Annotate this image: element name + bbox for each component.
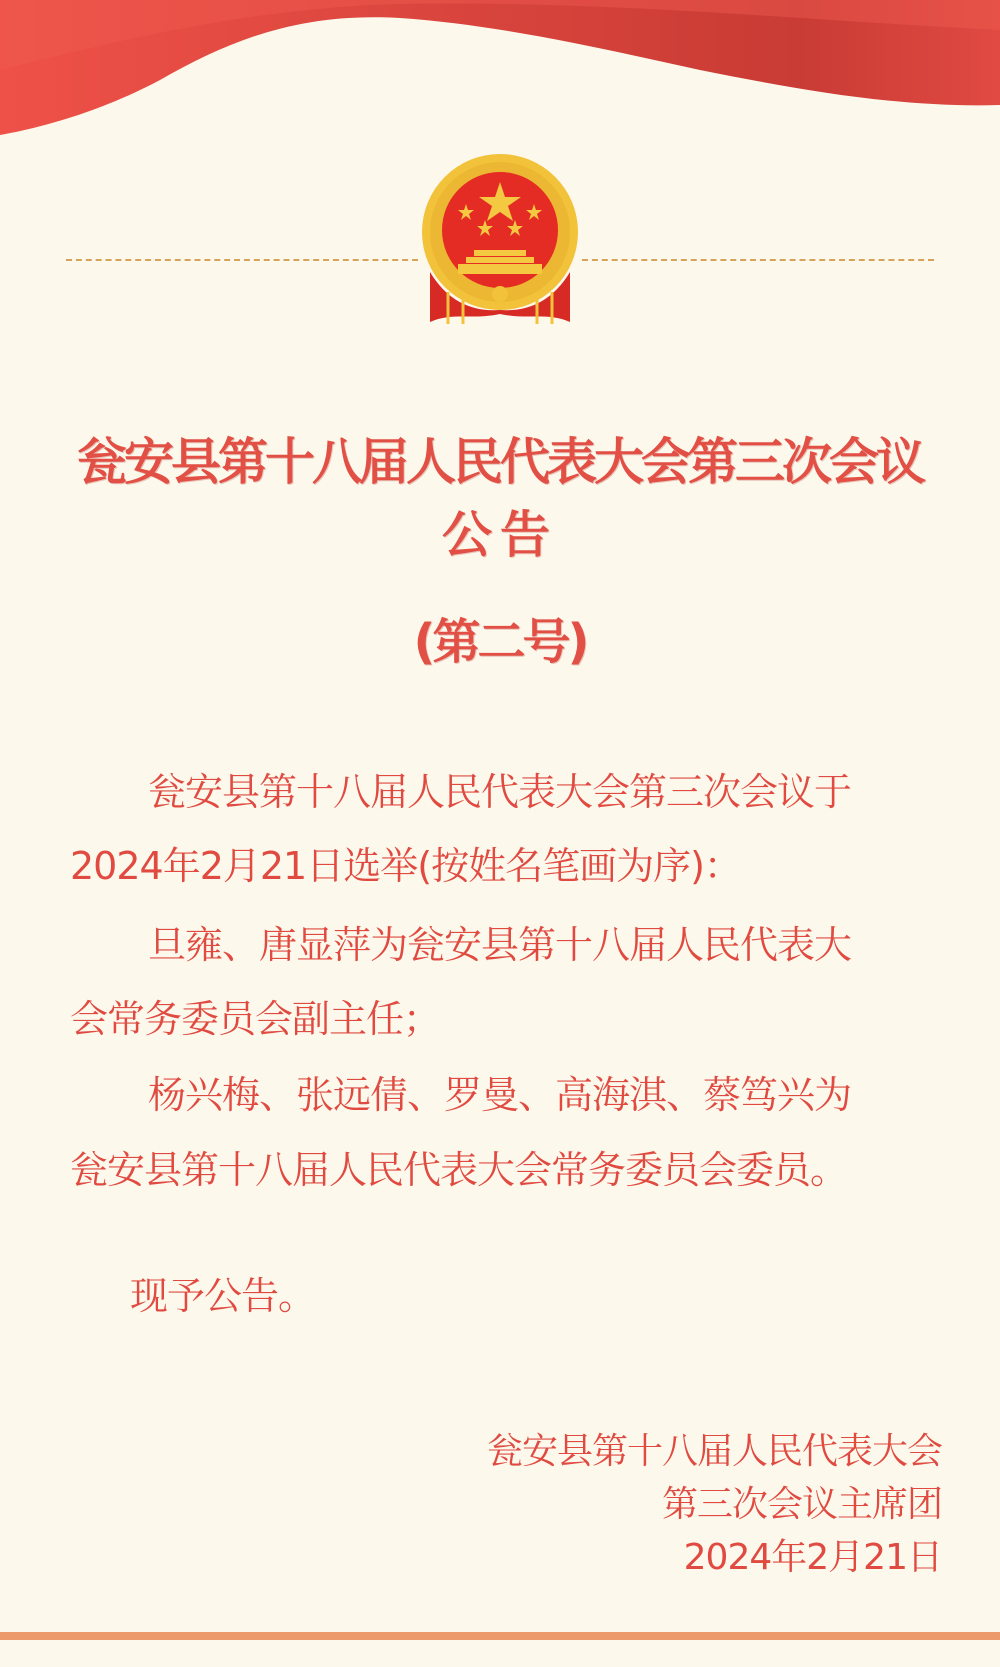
paragraph-1-line-1: 瓮安县第十八届人民代表大会第三次会议于 xyxy=(70,768,1000,816)
paragraph-3-line-2: 瓮安县第十八届人民代表大会常务委员会委员。 xyxy=(70,1146,950,1194)
signature-presidium: 第三次会议主席团 xyxy=(662,1480,942,1530)
notice-number: (第二号) xyxy=(0,612,1000,672)
dashed-divider-left xyxy=(66,259,418,261)
paragraph-1-line-2: 2024年2月21日选举(按姓名笔画为序)： xyxy=(70,842,950,890)
paragraph-2-line-2: 会常务委员会副主任； xyxy=(70,995,950,1043)
bottom-divider-bar xyxy=(0,1632,1000,1640)
paragraph-3-line-1: 杨兴梅、张远倩、罗曼、高海淇、蔡笃兴为 xyxy=(70,1071,1000,1119)
signature-organization: 瓮安县第十八届人民代表大会 xyxy=(487,1427,942,1477)
national-emblem-icon xyxy=(418,152,582,327)
notice-heading: 公告 xyxy=(0,505,1000,565)
dashed-divider-right xyxy=(582,259,934,261)
closing-statement: 现予公告。 xyxy=(130,1272,1000,1320)
paragraph-2-line-1: 旦雍、唐显萍为瓮安县第十八届人民代表大 xyxy=(70,921,1000,969)
red-ribbon-banner xyxy=(0,0,1000,160)
notice-title: 瓮安县第十八届人民代表大会第三次会议 xyxy=(0,432,1000,492)
signature-date: 2024年2月21日 xyxy=(684,1533,942,1583)
